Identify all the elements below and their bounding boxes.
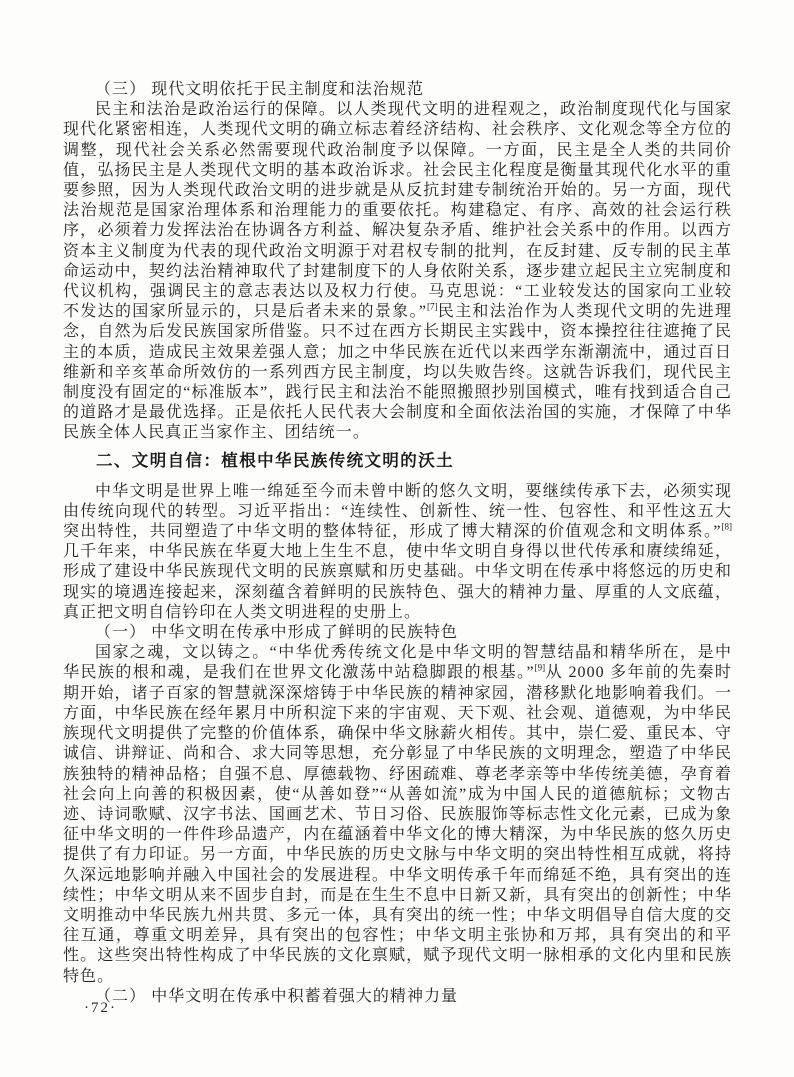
subsection-heading: （三） 现代文明依托于民主制度和法治规范 bbox=[63, 80, 732, 100]
footnote-ref: [9] bbox=[535, 663, 546, 673]
footnote-ref: [8] bbox=[722, 522, 733, 532]
page-number: ·72· bbox=[84, 1000, 117, 1017]
body-paragraph: 民主和法治是政治运行的保障。以人类现代文明的进程观之，政治制度现代化与国家现代化… bbox=[63, 100, 732, 443]
section-heading: 二、文明自信：植根中华民族传统文明的沃土 bbox=[63, 450, 732, 472]
document-page: （三） 现代文明依托于民主制度和法治规范民主和法治是政治运行的保障。以人类现代文… bbox=[0, 0, 794, 1077]
body-paragraph: 中华文明是世界上唯一绵延至今而未曾中断的悠久文明，要继续传承下去，必须实现由传统… bbox=[63, 482, 732, 623]
subsection-heading: （二） 中华文明在传承中积蓄着强大的精神力量 bbox=[63, 987, 732, 1007]
document-content: （三） 现代文明依托于民主制度和法治规范民主和法治是政治运行的保障。以人类现代文… bbox=[63, 80, 732, 1007]
footnote-ref: [7] bbox=[427, 302, 438, 312]
body-paragraph: 国家之魂，文以铸之。“中华优秀传统文化是中华文明的智慧结晶和精华所在，是中华民族… bbox=[63, 643, 732, 986]
subsection-heading: （一） 中华文明在传承中形成了鲜明的民族特色 bbox=[63, 623, 732, 643]
